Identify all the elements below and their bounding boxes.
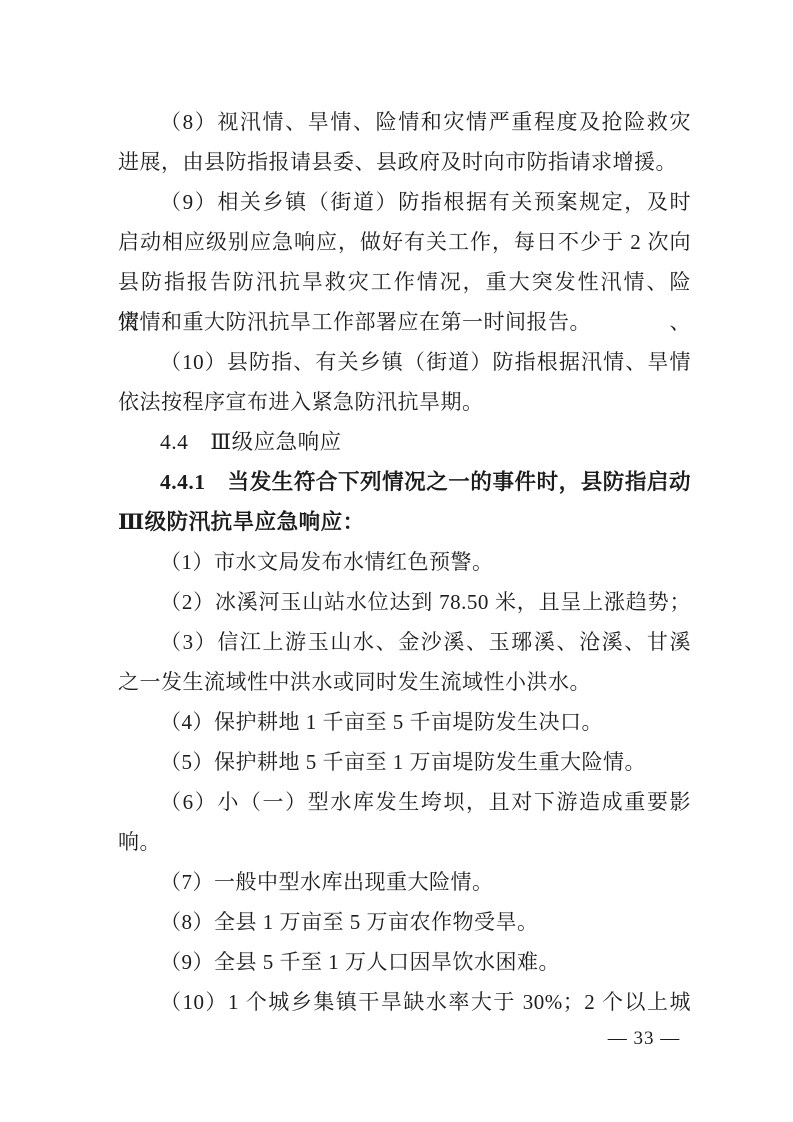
section-heading-4-4: 4.4 Ⅲ级应急响应 [118, 422, 691, 462]
paragraph-8-line-1: （8）视汛情、旱情、险情和灾情严重程度及抢险救灾 [118, 102, 691, 142]
item-3-line-2: 之一发生流域性中洪水或同时发生流域性小洪水。 [118, 662, 691, 702]
item-7-line-1: （7）一般中型水库出现重大险情。 [118, 862, 691, 902]
document-text-block: （8）视汛情、旱情、险情和灾情严重程度及抢险救灾 进展，由县防指报请县委、县政府… [118, 102, 691, 1022]
item-1-line-1: （1）市水文局发布水情红色预警。 [118, 542, 691, 582]
paragraph-8-line-2: 进展，由县防指报请县委、县政府及时向市防指请求增援。 [118, 142, 691, 182]
paragraph-9-line-3: 县防指报告防汛抗旱救灾工作情况，重大突发性汛情、险情、 [118, 262, 691, 302]
item-3-line-1: （3）信江上游玉山水、金沙溪、玉琊溪、沧溪、甘溪 [118, 622, 691, 662]
paragraph-9-line-1: （9）相关乡镇（街道）防指根据有关预案规定，及时 [118, 182, 691, 222]
item-4-line-1: （4）保护耕地 1 千亩至 5 千亩堤防发生决口。 [118, 702, 691, 742]
paragraph-9-line-2: 启动相应级别应急响应，做好有关工作，每日不少于 2 次向 [118, 222, 691, 262]
item-6-line-1: （6）小（一）型水库发生垮坝，且对下游造成重要影 [118, 782, 691, 822]
paragraph-10-line-2: 依法按程序宣布进入紧急防汛抗旱期。 [118, 382, 691, 422]
item-9-line-1: （9）全县 5 千至 1 万人口因旱饮水困难。 [118, 942, 691, 982]
item-6-line-2: 响。 [118, 822, 691, 862]
section-heading-4-4-1-line-2: Ⅲ级防汛抗旱应急响应： [118, 502, 691, 542]
paragraph-10-line-1: （10）县防指、有关乡镇（街道）防指根据汛情、旱情 [118, 342, 691, 382]
section-heading-4-4-1-line-1: 4.4.1 当发生符合下列情况之一的事件时，县防指启动 [118, 462, 691, 502]
item-10-line-1: （10）1 个城乡集镇干旱缺水率大于 30%；2 个以上城 [118, 982, 691, 1022]
document-page: （8）视汛情、旱情、险情和灾情严重程度及抢险救灾 进展，由县防指报请县委、县政府… [0, 0, 793, 1122]
page-number: — 33 — [598, 1026, 690, 1052]
item-8-line-1: （8）全县 1 万亩至 5 万亩农作物受旱。 [118, 902, 691, 942]
item-2-line-1: （2）冰溪河玉山站水位达到 78.50 米，且呈上涨趋势； [118, 582, 691, 622]
item-5-line-1: （5）保护耕地 5 千亩至 1 万亩堤防发生重大险情。 [118, 742, 691, 782]
